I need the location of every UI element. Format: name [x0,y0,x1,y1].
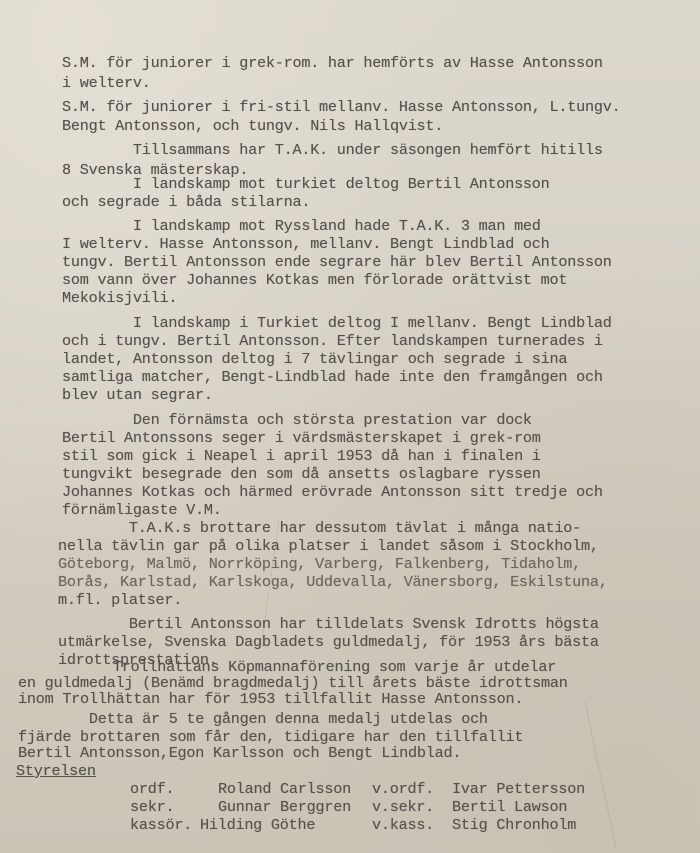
text-line: S.M. för juniorer i grek-rom. har hemför… [62,56,603,71]
text-line: blev utan segrar. [62,388,213,403]
text-line: i welterv. [62,76,151,91]
board-member-name: Hilding Göthe [200,818,315,833]
text-line: Borås, Karlstad, Karlskoga, Uddevalla, V… [58,575,608,590]
board-vice-role: v.ordf. [372,782,434,797]
board-role: ordf. [130,782,174,797]
text-line: Bertil Antonssons seger i värdsmästerska… [62,431,541,446]
text-line: I welterv. Hasse Antonsson, mellanv. Ben… [62,237,550,252]
text-line: samtliga matcher, Bengt-Lindblad hade in… [62,370,603,385]
text-line: utmärkelse, Svenska Dagbladets guldmedal… [58,635,599,650]
text-line: landet, Antonsson deltog i 7 tävlingar o… [62,352,567,367]
board-vice-name: Bertil Lawson [452,800,567,815]
text-line: Tillsammans har T.A.K. under säsongen he… [62,143,603,158]
text-line: fjärde brottaren som får den, tidigare h… [18,730,523,745]
text-line: Mekokisjvili. [62,291,177,306]
board-vice-name: Stig Chronholm [452,818,576,833]
text-line: som vann över Johannes Kotkas men förlor… [62,273,567,288]
text-line: Bertil Antonsson har tilldelats Svensk I… [58,617,599,632]
board-vice-name: Ivar Pettersson [452,782,585,797]
text-line: Johannes Kotkas och härmed erövrade Anto… [62,485,603,500]
board-member-name: Roland Carlsson [218,782,351,797]
text-line: Bengt Antonsson, och tungv. Nils Hallqvi… [62,119,443,134]
text-line: Bertil Antonsson,Egon Karlsson och Bengt… [18,746,461,761]
text-line: en guldmedalj (Benämd bragdmedalj) till … [18,676,568,691]
text-line: tungvikt besegrade den som då ansetts os… [62,467,541,482]
text-line: Detta är 5 te gången denna medalj utdela… [18,712,488,727]
board-role: sekr. [130,800,174,815]
text-line: S.M. för juniorer i fri-stil mellanv. Ha… [62,100,620,115]
text-line: tungv. Bertil Antonsson ende segrare här… [62,255,612,270]
text-line: I landskamp mot turkiet deltog Bertil An… [62,177,550,192]
text-line: Trollhättans Köpmannaförening som varje … [42,660,556,675]
text-line: I landskamp mot Ryssland hade T.A.K. 3 m… [62,219,541,234]
text-line: stil som gick i Neapel i april 1953 då h… [62,449,541,464]
text-line: m.fl. platser. [58,593,182,608]
board-member-name: Gunnar Berggren [218,800,351,815]
paper-crease [584,702,616,849]
board-role: kassör. [130,818,192,833]
text-line: Göteborg, Malmö, Norrköping, Varberg, Fa… [58,557,581,572]
board-vice-role: v.sekr. [372,800,434,815]
text-line: I landskamp i Turkiet deltog I mellanv. … [62,316,612,331]
text-line: och i tungv. Bertil Antonsson. Efter lan… [62,334,603,349]
text-line: nella tävlin gar på olika platser i land… [58,539,599,554]
text-line: T.A.K.s brottare har dessutom tävlat i m… [58,521,581,536]
text-line: och segrade i båda stilarna. [62,195,310,210]
typewritten-page: S.M. för juniorer i grek-rom. har hemför… [0,0,700,853]
board-vice-role: v.kass. [372,818,434,833]
board-heading: Styrelsen [16,764,96,779]
text-line: inom Trollhättan har för 1953 tillfallit… [18,692,523,707]
text-line: förnämligaste V.M. [62,503,222,518]
text-line: Den förnämsta och största prestation var… [62,413,532,428]
